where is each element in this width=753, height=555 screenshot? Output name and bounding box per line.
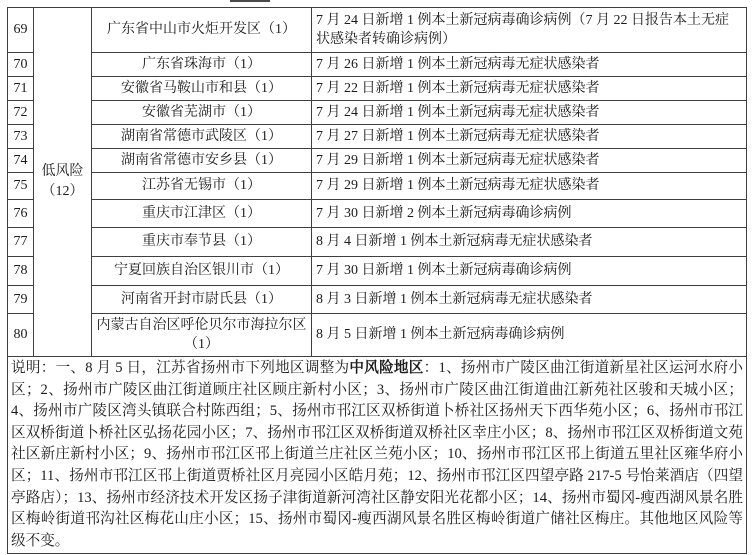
row-number: 71 xyxy=(8,77,34,101)
risk-area-document: 69 低风险 （12） 广东省中山市火炬开发区（1） 7 月 24 日新增 1 … xyxy=(7,7,747,554)
location-cell: 广东省中山市火炬开发区（1） xyxy=(92,8,312,53)
notes-body: ：1、扬州市广陵区曲江街道新星社区运河水府小区；2、扬州市广陵区曲江街道顾庄社区… xyxy=(11,360,743,549)
location-cell: 江苏省无锡市（1） xyxy=(92,173,312,200)
table-row: 69 低风险 （12） 广东省中山市火炬开发区（1） 7 月 24 日新增 1 … xyxy=(8,8,747,53)
location-cell: 重庆市江津区（1） xyxy=(92,200,312,228)
table-row: 72 安徽省芜湖市（1） 7 月 24 日新增 1 例本土新冠病毒无症状感染者 xyxy=(8,101,747,125)
case-detail-cell: 8 月 4 日新增 1 例本土新冠病毒无症状感染者 xyxy=(312,228,747,257)
case-detail-cell: 8 月 5 日新增 1 例本土新冠病毒确诊病例 xyxy=(312,314,747,357)
case-detail-cell: 8 月 3 日新增 1 例本土新冠病毒无症状感染者 xyxy=(312,286,747,314)
table-row: 75 江苏省无锡市（1） 7 月 29 日新增 1 例本土新冠病毒无症状感染者 xyxy=(8,173,747,200)
risk-level-count: （12） xyxy=(42,184,84,199)
case-detail-cell: 7 月 27 日新增 1 例本土新冠病毒无症状感染者 xyxy=(312,125,747,149)
table-row: 78 宁夏回族自治区银川市（1） 7 月 30 日新增 1 例本土新冠病毒确诊病… xyxy=(8,257,747,286)
case-detail-cell: 7 月 26 日新增 1 例本土新冠病毒无症状感染者 xyxy=(312,53,747,77)
case-detail-cell: 7 月 24 日新增 1 例本土新冠病毒无症状感染者 xyxy=(312,101,747,125)
notes-cell: 说明：一、8 月 5 日，江苏省扬州市下列地区调整为中风险地区：1、扬州市广陵区… xyxy=(8,357,747,554)
row-number: 80 xyxy=(8,314,34,357)
case-detail-cell: 7 月 30 日新增 1 例本土新冠病毒确诊病例 xyxy=(312,257,747,286)
location-cell: 河南省开封市尉氏县（1） xyxy=(92,286,312,314)
row-number: 73 xyxy=(8,125,34,149)
table-row: 79 河南省开封市尉氏县（1） 8 月 3 日新增 1 例本土新冠病毒无症状感染… xyxy=(8,286,747,314)
notes-row: 说明：一、8 月 5 日，江苏省扬州市下列地区调整为中风险地区：1、扬州市广陵区… xyxy=(8,357,747,554)
table-row: 80 内蒙古自治区呼伦贝尔市海拉尔区（1） 8 月 5 日新增 1 例本土新冠病… xyxy=(8,314,747,357)
table-row: 71 安徽省马鞍山市和县（1） 7 月 22 日新增 1 例本土新冠病毒无症状感… xyxy=(8,77,747,101)
location-cell: 安徽省芜湖市（1） xyxy=(92,101,312,125)
risk-level-name: 低风险 xyxy=(42,164,84,179)
case-detail-cell: 7 月 24 日新增 1 例本土新冠病毒确诊病例（7 月 22 日报告本土无症状… xyxy=(312,8,747,53)
notes-prefix: 说明：一、8 月 5 日，江苏省扬州市下列地区调整为 xyxy=(11,360,349,376)
table-row: 77 重庆市奉节县（1） 8 月 4 日新增 1 例本土新冠病毒无症状感染者 xyxy=(8,228,747,257)
location-cell: 湖南省常德市武陵区（1） xyxy=(92,125,312,149)
location-cell: 内蒙古自治区呼伦贝尔市海拉尔区（1） xyxy=(92,314,312,357)
medium-risk-term: 中风险地区 xyxy=(349,360,423,376)
location-cell: 湖南省常德市安乡县（1） xyxy=(92,149,312,173)
location-cell: 重庆市奉节县（1） xyxy=(92,228,312,257)
risk-level-cell: 低风险 （12） xyxy=(34,8,92,357)
location-cell: 广东省珠海市（1） xyxy=(92,53,312,77)
row-number: 79 xyxy=(8,286,34,314)
risk-level-label: 低风险 （12） xyxy=(42,162,84,201)
location-cell: 安徽省马鞍山市和县（1） xyxy=(92,77,312,101)
case-detail-cell: 7 月 29 日新增 1 例本土新冠病毒无症状感染者 xyxy=(312,173,747,200)
row-number: 77 xyxy=(8,228,34,257)
row-number: 78 xyxy=(8,257,34,286)
cropped-previous-row-artifact xyxy=(230,0,270,2)
risk-area-table: 69 低风险 （12） 广东省中山市火炬开发区（1） 7 月 24 日新增 1 … xyxy=(7,7,747,554)
case-detail-cell: 7 月 22 日新增 1 例本土新冠病毒无症状感染者 xyxy=(312,77,747,101)
table-row: 73 湖南省常德市武陵区（1） 7 月 27 日新增 1 例本土新冠病毒无症状感… xyxy=(8,125,747,149)
row-number: 74 xyxy=(8,149,34,173)
case-detail-cell: 7 月 30 日新增 2 例本土新冠病毒确诊病例 xyxy=(312,200,747,228)
row-number: 69 xyxy=(8,8,34,53)
table-row: 70 广东省珠海市（1） 7 月 26 日新增 1 例本土新冠病毒无症状感染者 xyxy=(8,53,747,77)
row-number: 72 xyxy=(8,101,34,125)
location-cell: 宁夏回族自治区银川市（1） xyxy=(92,257,312,286)
table-row: 76 重庆市江津区（1） 7 月 30 日新增 2 例本土新冠病毒确诊病例 xyxy=(8,200,747,228)
row-number: 70 xyxy=(8,53,34,77)
row-number: 75 xyxy=(8,173,34,200)
case-detail-cell: 7 月 29 日新增 1 例本土新冠病毒无症状感染者 xyxy=(312,149,747,173)
row-number: 76 xyxy=(8,200,34,228)
table-row: 74 湖南省常德市安乡县（1） 7 月 29 日新增 1 例本土新冠病毒无症状感… xyxy=(8,149,747,173)
